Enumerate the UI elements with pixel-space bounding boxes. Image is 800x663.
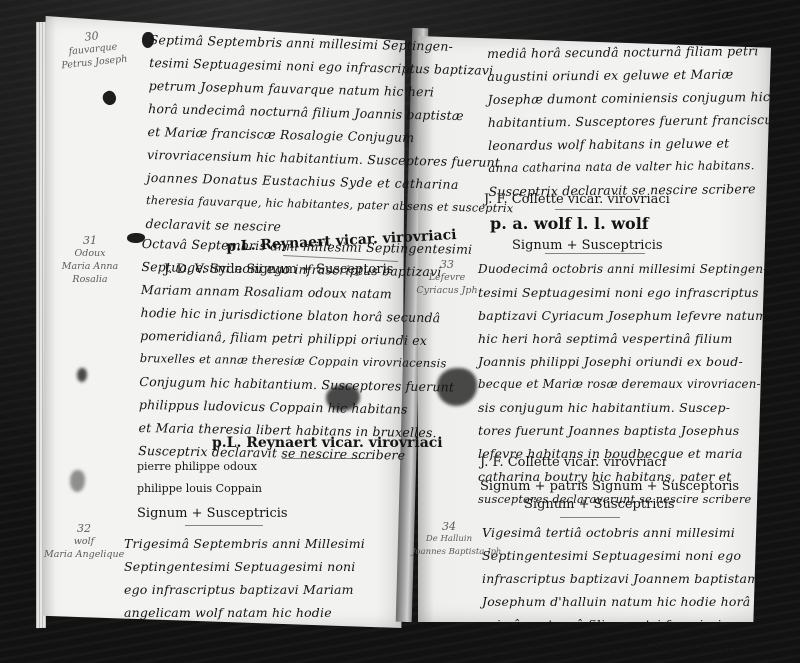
record-line: Vigesimâ tertiâ octobris anni millesimi bbox=[482, 521, 759, 544]
record-line: ego infrascriptus baptizavi Mariam bbox=[124, 578, 365, 601]
given-name: Cyriacus Jph bbox=[416, 284, 478, 297]
signature-marks: Signum + patris Signum + Susceptoris bbox=[480, 479, 739, 494]
record-line: infrascriptus baptizavi Joannem baptista… bbox=[482, 567, 759, 590]
signature-father: pierre philippe odoux bbox=[137, 460, 257, 473]
record-line: Trigesimâ Septembris anni Millesimi bbox=[124, 532, 365, 555]
signature-parents: p. a. wolf l. l. wolf bbox=[490, 214, 649, 233]
signature-underline bbox=[282, 458, 372, 459]
entry-32-continuation-text: mediâ horâ secundâ nocturnâ filiam petri… bbox=[487, 39, 780, 203]
entry-30-text: Septimâ Septembris anni millesimi Septin… bbox=[145, 28, 517, 243]
record-line: primâ nocturnâ filium petri francisci bbox=[482, 613, 759, 636]
record-line: leonardus wolf habitans in geluwe et bbox=[488, 131, 780, 157]
record-line: baptizavi Cyriacum Josephum lefevre natu… bbox=[478, 304, 768, 327]
signature-vicar: J. F. Collette vicar. virovriaci bbox=[484, 192, 670, 207]
record-line: habitantium. Susceptores fuerunt francis… bbox=[488, 108, 780, 134]
surname: Lefevre bbox=[416, 271, 478, 284]
given-name: Rosalia bbox=[50, 273, 130, 286]
entry-34-text: Vigesimâ tertiâ octobris anni millesimi … bbox=[482, 521, 759, 659]
entry-number: 32 bbox=[44, 522, 124, 535]
record-line: Joannis philippi Josephi oriundi ex boud… bbox=[478, 350, 768, 373]
record-line: Duodecimâ octobris anni millesimi Septin… bbox=[478, 258, 768, 281]
divider-line bbox=[545, 253, 645, 254]
record-line: anna catharina nata de valter hic habita… bbox=[488, 154, 780, 180]
signature-godmother-mark: Signum + Susceptricis bbox=[512, 238, 663, 253]
given-name: Maria Angelique bbox=[44, 548, 124, 561]
record-line: hic heri horâ septimâ vespertinâ filium bbox=[478, 327, 768, 350]
record-line: becque et Mariæ rosæ deremaux virovriace… bbox=[478, 373, 768, 396]
entry-32-text: Trigesimâ Septembris anni Millesimi Sept… bbox=[124, 532, 365, 624]
record-line: tores fuerunt Joannes baptista Josephus bbox=[478, 419, 768, 442]
signature-underline bbox=[555, 209, 640, 210]
record-line: mediâ horâ secundâ nocturnâ filiam petri bbox=[487, 39, 779, 65]
record-line: tesimi Septuagesimi noni ego infrascript… bbox=[478, 281, 768, 304]
signature-godmother-mark: Signum + Susceptricis bbox=[137, 506, 288, 521]
record-line: Josephum d'halluin natum hic hodie horâ bbox=[482, 590, 759, 613]
entry-number: 33 bbox=[416, 258, 478, 271]
record-line: Septingentesimi Septuagesimi noni bbox=[124, 555, 365, 578]
surname: Odoux bbox=[50, 247, 130, 260]
margin-note-entry-31: 31 Odoux Maria Anna Rosalia bbox=[50, 234, 130, 286]
given-name: Maria Anna bbox=[50, 260, 130, 273]
record-line: sis conjugum hic habitantium. Suscep- bbox=[478, 396, 768, 419]
entry-number: 34 bbox=[412, 520, 486, 533]
surname: wolf bbox=[44, 535, 124, 548]
signature-godmother-mark: Signum + Susceptricis bbox=[524, 497, 675, 512]
entry-33-text: Duodecimâ octobris anni millesimi Septin… bbox=[478, 258, 768, 511]
given-name: Joannes Baptista Jph bbox=[412, 546, 486, 559]
signature-vicar: J. F. Collette vicar. virovriaci bbox=[480, 455, 666, 470]
record-line: augustini oriundi ex geluwe et Mariæ bbox=[487, 62, 779, 88]
signature-godfather: philippe louis Coppain bbox=[137, 482, 262, 495]
record-line: angelicam wolf natam hic hodie bbox=[124, 601, 365, 624]
signature-vicar: p.L. Reynaert vicar. virovriaci bbox=[212, 435, 443, 451]
margin-note-entry-33: 33 Lefevre Cyriacus Jph bbox=[416, 258, 478, 297]
record-line: Josephæ dumont cominiensis conjugum hic bbox=[487, 85, 779, 111]
record-line: Septingentesimi Septuagesimi noni ego bbox=[482, 544, 759, 567]
record-line: oriundi ex boudbecque et Mariæ bertrand bbox=[482, 636, 759, 659]
margin-note-entry-34: 34 De Halluin Joannes Baptista Jph bbox=[412, 520, 486, 559]
divider-line bbox=[560, 517, 620, 518]
margin-note-entry-32: 32 wolf Maria Angelique bbox=[44, 522, 124, 561]
divider-line bbox=[185, 525, 263, 526]
surname: De Halluin bbox=[412, 533, 486, 546]
entry-number: 31 bbox=[50, 234, 130, 247]
